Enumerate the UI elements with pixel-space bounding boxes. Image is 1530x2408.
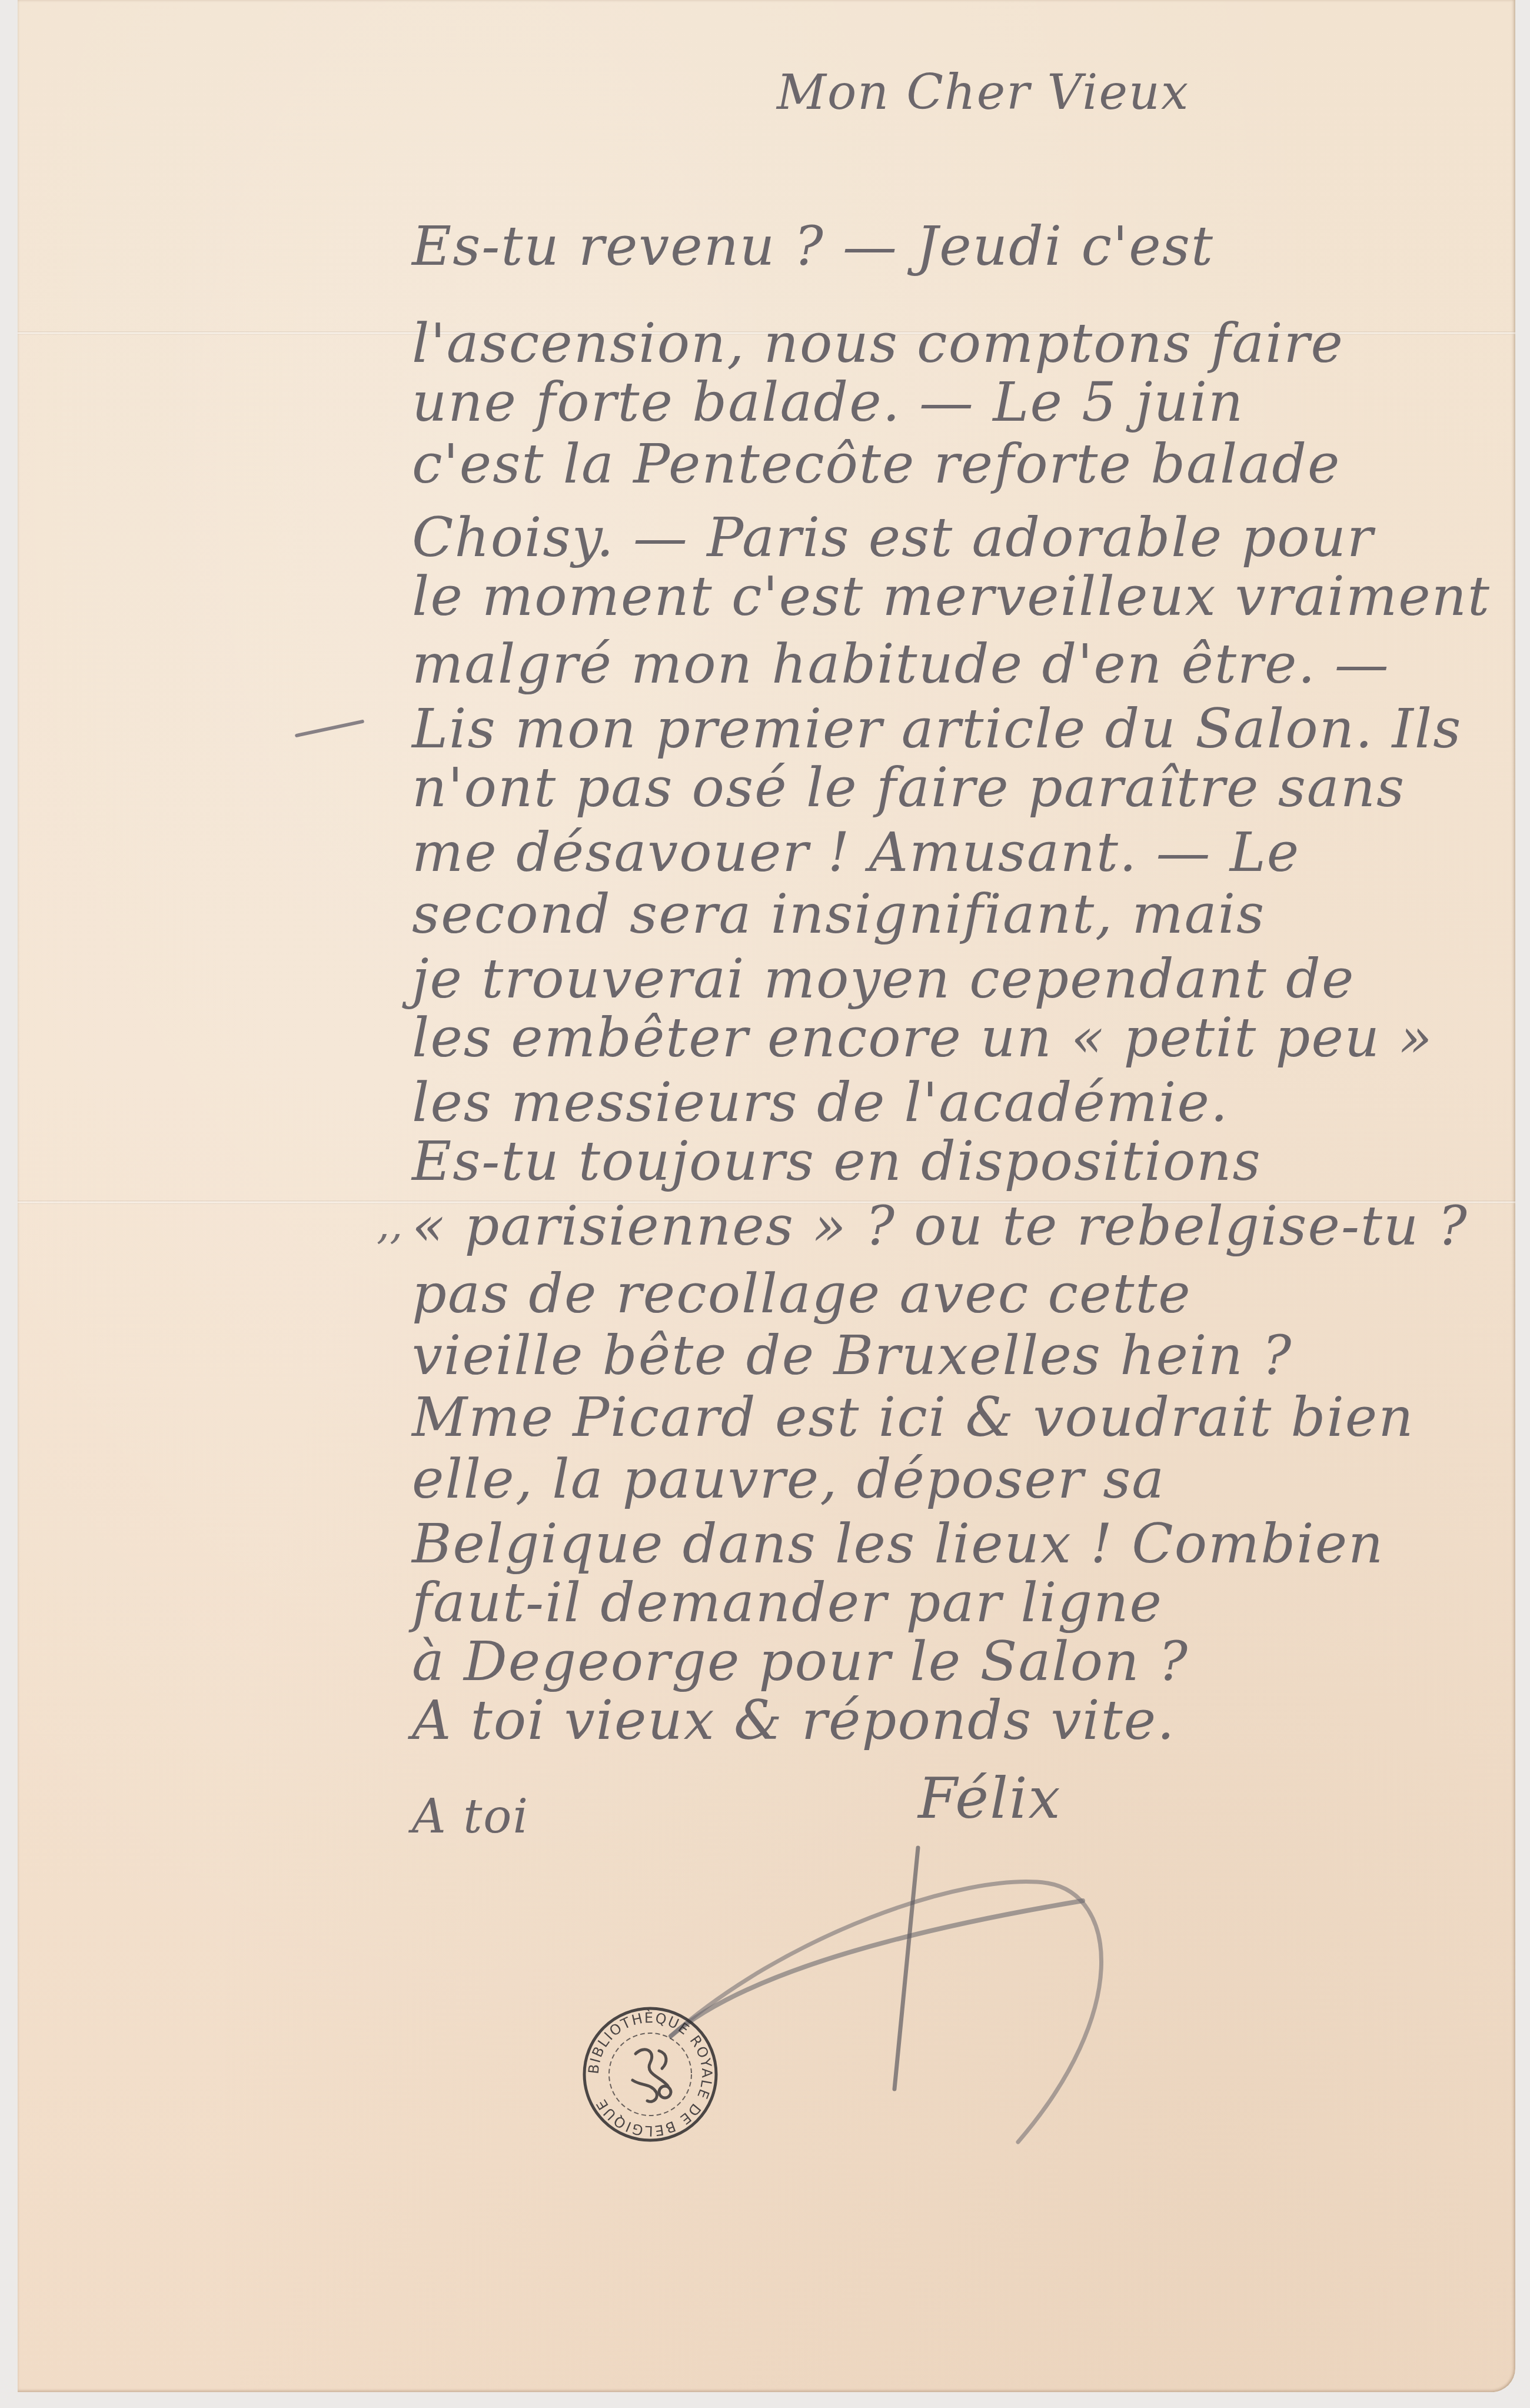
letter-line: c'est la Pentecôte reforte balade xyxy=(412,433,1341,495)
letter-line: n'ont pas osé le faire paraître sans xyxy=(412,756,1405,819)
letter-signature: Félix xyxy=(918,1765,1062,1831)
letter-line: vieille bête de Bruxelles hein ? xyxy=(412,1324,1292,1387)
letter-line: Es-tu revenu ? — Jeudi c'est xyxy=(412,215,1214,278)
letter-line: elle, la pauvre, déposer sa xyxy=(412,1448,1165,1511)
letter-line: Es-tu toujours en dispositions xyxy=(412,1130,1262,1193)
letter-line: « parisiennes » ? ou te rebelgise-tu ? xyxy=(412,1195,1468,1258)
letter-line: A toi vieux & réponds vite. xyxy=(412,1689,1175,1752)
letter-line: le moment c'est merveilleux vraiment xyxy=(412,565,1491,628)
stamp-text: BIBLIOTHÈQUE ROYALE DE BELGIQUE xyxy=(586,2009,715,2139)
letter-line: Choisy. — Paris est adorable pour xyxy=(412,506,1374,569)
letter-line: les embêter encore un « petit peu » xyxy=(412,1006,1433,1069)
library-stamp: BIBLIOTHÈQUE ROYALE DE BELGIQUE xyxy=(580,2004,721,2145)
letter-line: Belgique dans les lieux ! Combien xyxy=(412,1512,1384,1575)
letter-line: malgré mon habitude d'en être. — xyxy=(412,633,1390,696)
letter-closing: A toi xyxy=(412,1789,529,1844)
letter-line: à Degeorge pour le Salon ? xyxy=(412,1630,1189,1693)
margin-quote-mark: ,, xyxy=(377,1200,403,1249)
letter-line: Lis mon premier article du Salon. Ils xyxy=(412,697,1462,760)
letter-line: une forte balade. — Le 5 juin xyxy=(412,371,1244,434)
letter-line: les messieurs de l'académie. xyxy=(412,1071,1229,1134)
svg-text:BIBLIOTHÈQUE ROYALE DE BELGIQU: BIBLIOTHÈQUE ROYALE DE BELGIQUE xyxy=(586,2009,715,2139)
letter-line: Mme Picard est ici & voudrait bien xyxy=(412,1386,1415,1449)
lion-emblem-icon xyxy=(633,2050,671,2102)
letter-line: l'ascension, nous comptons faire xyxy=(412,312,1344,375)
letter-line: second sera insignifiant, mais xyxy=(412,883,1265,946)
letter-line: me désavouer ! Amusant. — Le xyxy=(412,821,1300,884)
letter-line: faut-il demander par ligne xyxy=(412,1571,1163,1634)
letter-salutation: Mon Cher Vieux xyxy=(777,65,1189,121)
letter-line: je trouverai moyen cependant de xyxy=(412,947,1355,1010)
letter-line: pas de recollage avec cette xyxy=(412,1262,1192,1325)
